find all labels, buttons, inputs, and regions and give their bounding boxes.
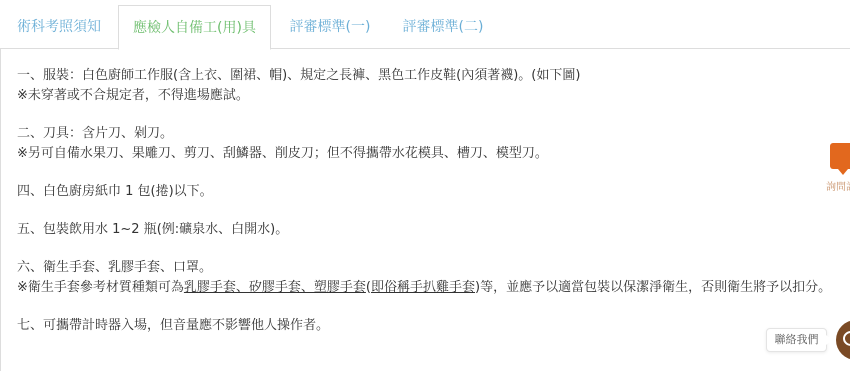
item-gloves-text: 六、衛生手套、乳膠手套、口罩。 — [17, 258, 831, 278]
inquiry-label[interactable]: 詢問詳 — [826, 178, 850, 193]
requirements-list: 一、服裝：白色廚師工作服(含上衣、圍裙、帽)、規定之長褲、黑色工作皮鞋(內須著襪… — [17, 66, 831, 354]
item-clothing-text: 一、服裝：白色廚師工作服(含上衣、圍裙、帽)、規定之長褲、黑色工作皮鞋(內須著襪… — [17, 66, 831, 86]
item-gloves-note: ※衛生手套參考材質種類可為乳膠手套、矽膠手套、塑膠手套(即俗稱手扒雞手套)等，並… — [17, 278, 831, 298]
gloves-note-suffix: )等，並應予以適當包裝以保潔淨衛生，否則衛生將予以扣分。 — [475, 280, 831, 295]
chat-bubble-icon[interactable] — [830, 143, 850, 169]
contact-us-tooltip: 聯絡我們 — [766, 328, 827, 352]
item-paper-towel-text: 四、白色廚房紙巾 1 包(捲)以下。 — [17, 182, 831, 202]
chat-icon — [843, 331, 850, 346]
tab-grading-criteria-2[interactable]: 評審標準(二) — [389, 5, 497, 49]
tab-exam-notice[interactable]: 術科考照須知 — [0, 5, 118, 49]
tab-grading-criteria-1[interactable]: 評審標準(一) — [271, 5, 389, 49]
gloves-nickname-underlined: 即俗稱手扒雞手套 — [371, 280, 475, 295]
tab-content-panel: 一、服裝：白色廚師工作服(含上衣、圍裙、帽)、規定之長褲、黑色工作皮鞋(內須著襪… — [0, 49, 850, 371]
item-clothing: 一、服裝：白色廚師工作服(含上衣、圍裙、帽)、規定之長褲、黑色工作皮鞋(內須著襪… — [17, 66, 831, 106]
inquiry-widget[interactable]: 詢問詳 — [826, 143, 850, 203]
item-knives: 二、刀具：含片刀、剁刀。 ※另可自備水果刀、果雕刀、剪刀、刮鱗器、削皮刀；但不得… — [17, 124, 831, 164]
item-water-text: 五、包裝飲用水 1~2 瓶(例:礦泉水、白開水)。 — [17, 220, 831, 240]
item-timer: 七、可攜帶計時器入場，但音量應不影響他人操作者。 — [17, 316, 831, 336]
item-timer-text: 七、可攜帶計時器入場，但音量應不影響他人操作者。 — [17, 316, 831, 336]
item-knives-note: ※另可自備水果刀、果雕刀、剪刀、刮鱗器、削皮刀；但不得攜帶水花模具、槽刀、模型刀… — [17, 144, 831, 164]
item-water: 五、包裝飲用水 1~2 瓶(例:礦泉水、白開水)。 — [17, 220, 831, 240]
gloves-note-prefix: ※衛生手套參考材質種類可為 — [17, 280, 184, 295]
item-clothing-note: ※未穿著或不合規定者，不得進場應試。 — [17, 86, 831, 106]
item-paper-towel: 四、白色廚房紙巾 1 包(捲)以下。 — [17, 182, 831, 202]
gloves-materials-underlined: 乳膠手套、矽膠手套、塑膠手套 — [184, 280, 366, 295]
tab-candidate-tools[interactable]: 應檢人自備工(用)具 — [118, 5, 271, 50]
item-gloves: 六、衛生手套、乳膠手套、口罩。 ※衛生手套參考材質種類可為乳膠手套、矽膠手套、塑… — [17, 258, 831, 298]
tab-bar: 術科考照須知 應檢人自備工(用)具 評審標準(一) 評審標準(二) — [0, 0, 850, 49]
item-knives-text: 二、刀具：含片刀、剁刀。 — [17, 124, 831, 144]
